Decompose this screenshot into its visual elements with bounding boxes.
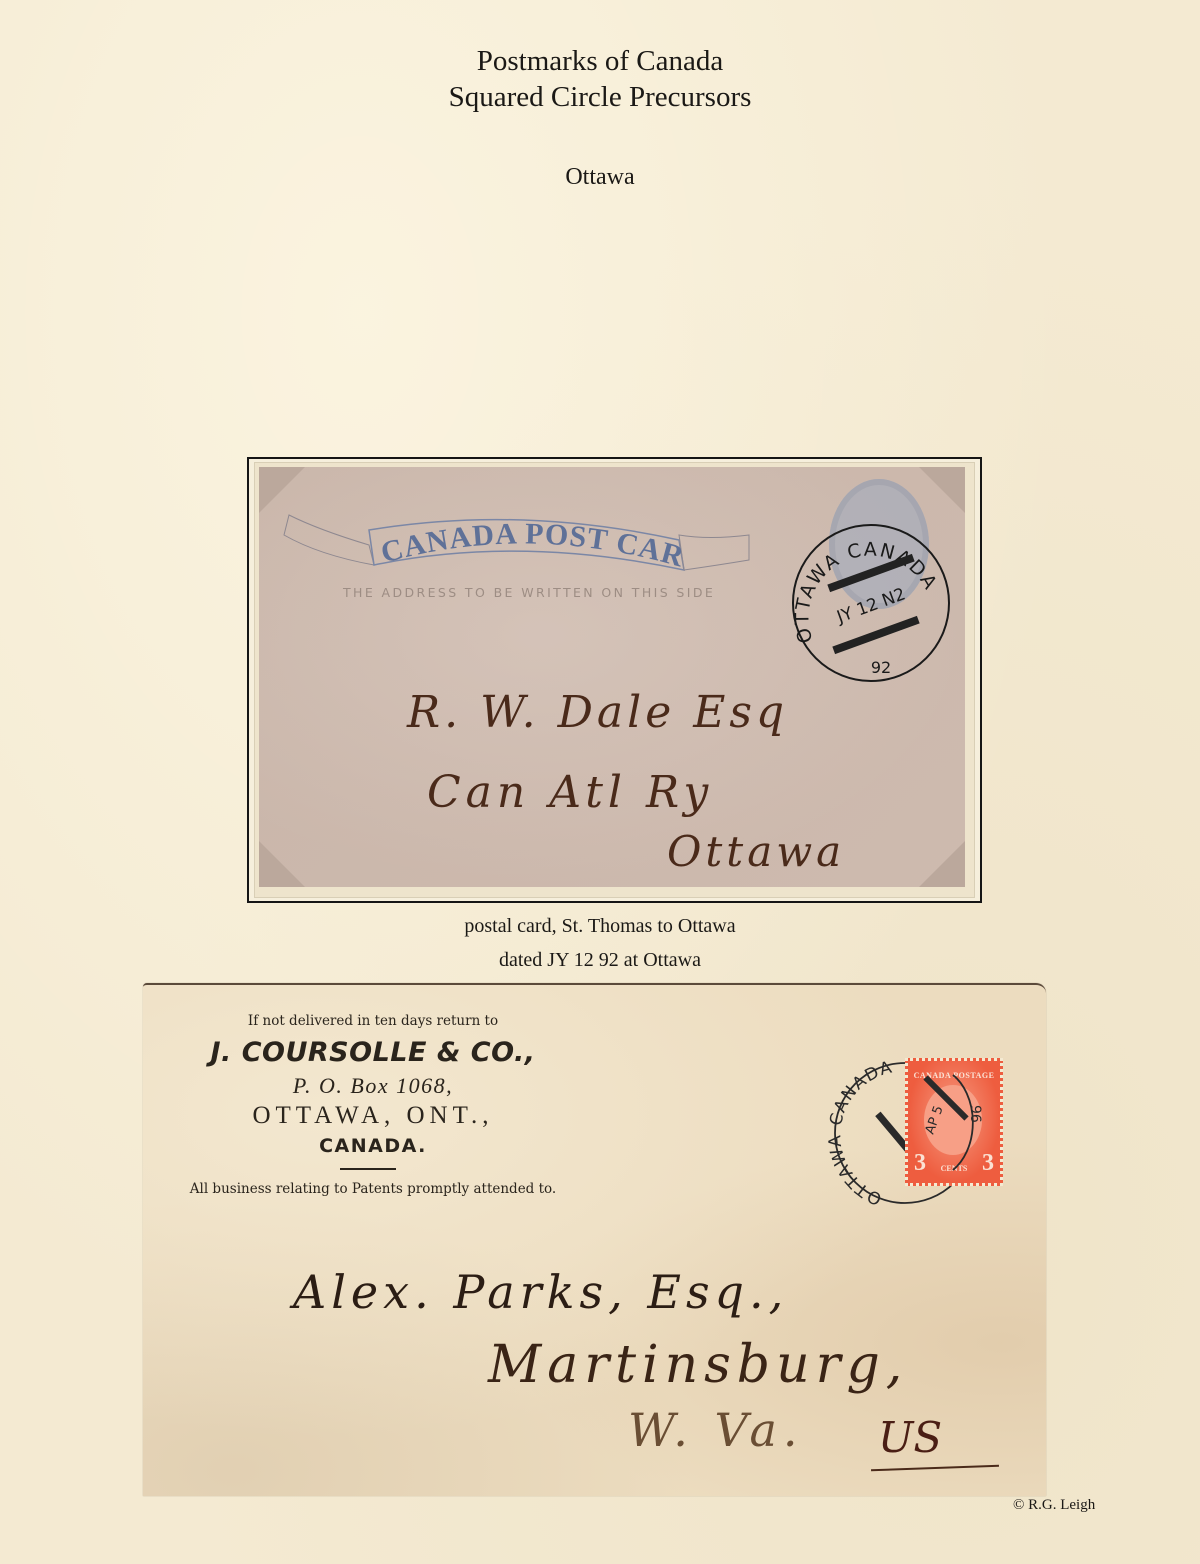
postal-card: CANADA POST CARD THE ADDRESS TO BE WRITT… <box>259 467 965 887</box>
stamp-cancel: 96 AP 5 <box>913 1065 993 1175</box>
photo-corner <box>919 841 965 887</box>
photo-corner <box>919 467 965 513</box>
addressee-city: Ottawa <box>667 827 845 876</box>
svg-text:AP 5: AP 5 <box>923 1104 947 1137</box>
return-instruction: If not delivered in ten days return to <box>143 1013 603 1029</box>
addressee-country: US <box>878 1413 942 1462</box>
svg-text:OTTAWA CANADA: OTTAWA CANADA <box>825 1057 895 1205</box>
return-country: CANADA. <box>143 1135 603 1157</box>
divider <box>340 1168 396 1170</box>
card-postmark: OTTAWA CANADA JY 12 N2 92 <box>781 513 961 693</box>
addressee-state: W. Va. <box>628 1403 804 1457</box>
svg-text:92: 92 <box>871 658 891 677</box>
svg-text:OTTAWA CANADA: OTTAWA CANADA <box>791 539 941 646</box>
return-city: OTTAWA, ONT., <box>143 1102 603 1130</box>
address-instruction: THE ADDRESS TO BE WRITTEN ON THIS SIDE <box>343 585 715 600</box>
business-note: All business relating to Patents promptl… <box>143 1181 603 1197</box>
postal-card-mount: CANADA POST CARD THE ADDRESS TO BE WRITT… <box>247 457 982 903</box>
copyright-notice: © R.G. Leigh <box>1013 1497 1095 1514</box>
card-heading-text: CANADA POST CARD <box>279 485 688 574</box>
envelope-cover: If not delivered in ten days return to J… <box>143 983 1046 1496</box>
addressee-name: Alex. Parks, Esq., <box>293 1265 788 1319</box>
svg-text:JY 12 N2: JY 12 N2 <box>833 584 908 628</box>
addressee-name: R. W. Dale Esq <box>407 687 788 738</box>
section-title: Ottawa <box>0 160 1200 194</box>
po-box: P. O. Box 1068, <box>143 1073 603 1099</box>
underline-flourish <box>871 1465 999 1471</box>
svg-text:96: 96 <box>967 1105 983 1123</box>
company-name: J. COURSOLLE & CO., <box>143 1037 603 1068</box>
card-banner: CANADA POST CARD <box>279 485 759 585</box>
page-subtitle: Squared Circle Precursors <box>0 80 1200 114</box>
card-caption: postal card, St. Thomas to Ottawa <box>0 912 1200 940</box>
postmark-circle-icon: OTTAWA CANADA JY 12 N2 92 <box>781 513 961 693</box>
card-caption-date: dated JY 12 92 at Ottawa <box>0 946 1200 974</box>
banner-scroll-icon: CANADA POST CARD <box>279 485 759 585</box>
page-title: Postmarks of Canada <box>0 44 1200 78</box>
addressee-line2: Can Atl Ry <box>427 767 713 818</box>
photo-corner <box>259 841 305 887</box>
cancel-bars-icon: 96 AP 5 <box>913 1065 993 1175</box>
addressee-city: Martinsburg, <box>488 1335 908 1395</box>
